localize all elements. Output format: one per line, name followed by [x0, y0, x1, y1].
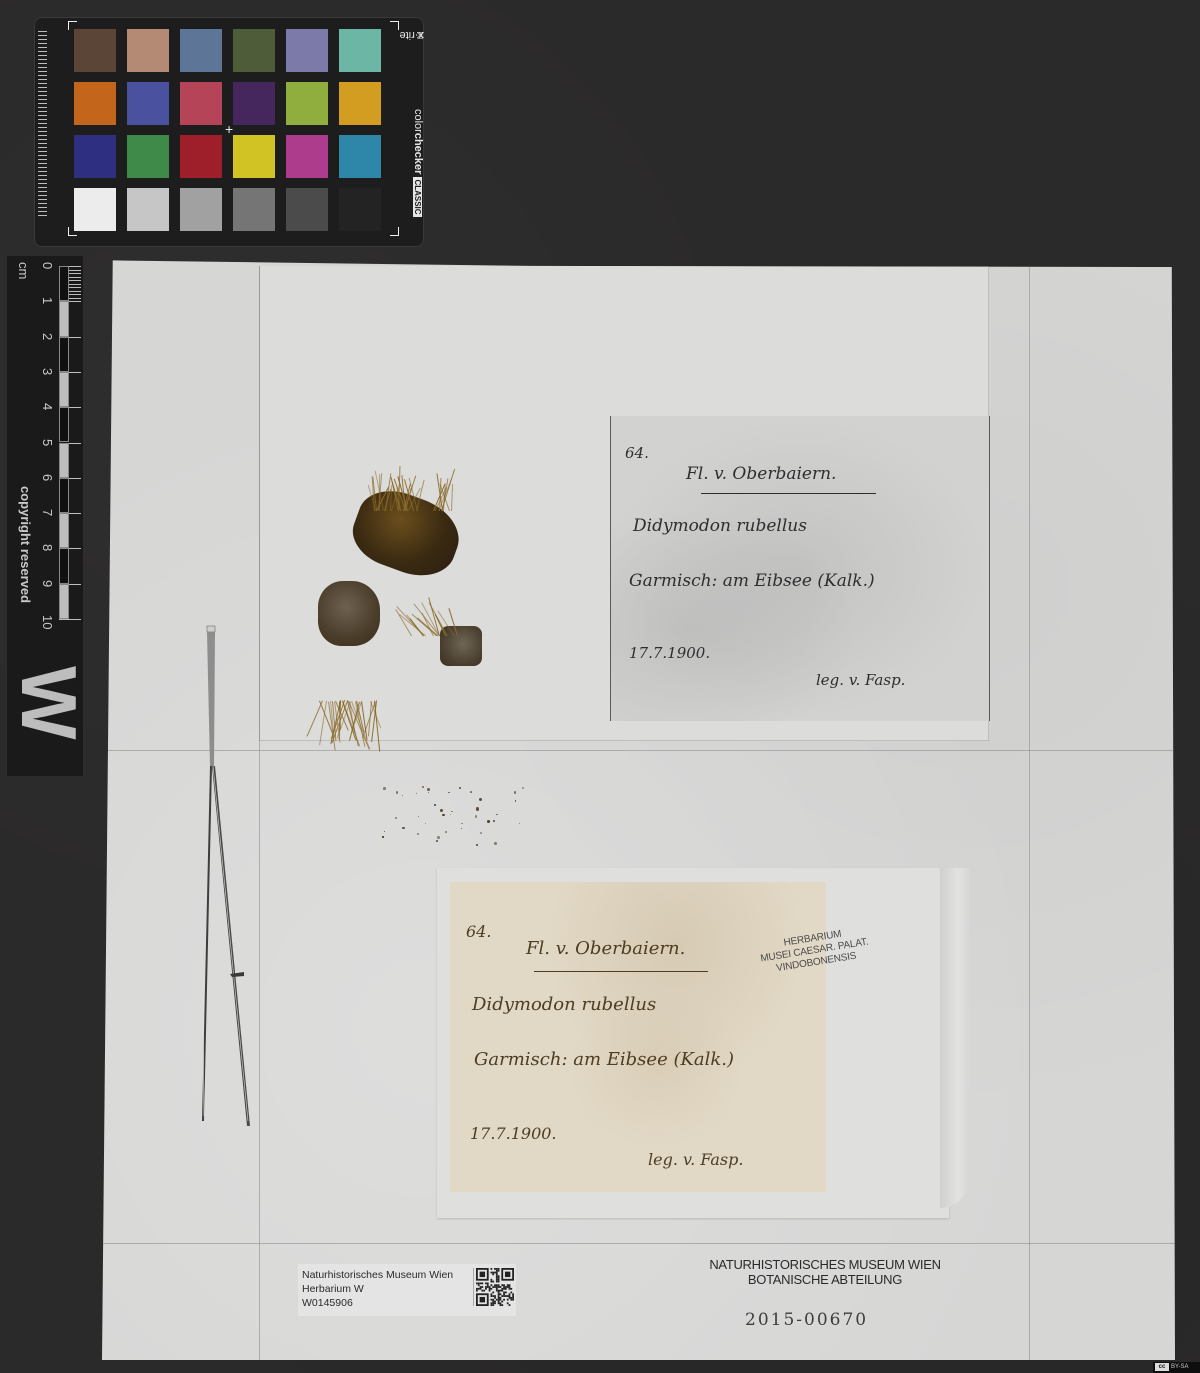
debris-speck — [418, 816, 419, 817]
scale-segment — [59, 301, 69, 336]
color-patch — [180, 135, 222, 178]
debris-speck — [493, 820, 494, 821]
scale-tick — [59, 619, 81, 620]
moss-specimen — [292, 456, 522, 716]
product-prefix: color — [412, 109, 424, 133]
scale-number: 9 — [40, 580, 55, 587]
debris-speck — [422, 786, 424, 788]
moss-clump — [318, 581, 380, 646]
color-patch — [180, 82, 222, 125]
original-label: 64. Fl. v. Oberbaiern. Didymodon rubellu… — [450, 882, 826, 1192]
color-patch — [233, 29, 275, 72]
crosshair-icon: + — [225, 122, 233, 136]
label-date: 17.7.1900. — [470, 1124, 557, 1143]
fold-line — [102, 1243, 1175, 1244]
color-patch — [74, 29, 116, 72]
scale-number: 2 — [40, 333, 55, 340]
color-patch — [127, 29, 169, 72]
debris-speck — [382, 836, 383, 837]
color-checker-card: + ⧖ x·rite colorcheckerCLASSIC — [34, 17, 424, 247]
mm-ruler — [38, 31, 52, 217]
color-patch — [74, 82, 116, 125]
color-patch — [127, 135, 169, 178]
color-patch — [286, 135, 328, 178]
scale-segment — [59, 513, 69, 548]
department-name: BOTANISCHE ABTEILUNG — [690, 1272, 960, 1287]
museum-stamp: NATURHISTORISCHES MUSEUM WIEN BOTANISCHE… — [690, 1257, 960, 1287]
corner-mark — [390, 227, 399, 236]
scale-number: 7 — [40, 509, 55, 516]
mm-tick — [69, 280, 81, 281]
label-collector: leg. v. Fasp. — [816, 671, 905, 689]
label-number: 64. — [625, 444, 649, 462]
scale-segment — [59, 443, 69, 478]
scale-unit: cm — [16, 262, 31, 279]
color-patch — [74, 135, 116, 178]
institution-name: Naturhistorisches Museum Wien — [302, 1268, 453, 1282]
label-title: Fl. v. Oberbaiern. — [526, 938, 685, 959]
mm-tick — [69, 277, 81, 278]
scale-segment — [59, 407, 69, 442]
title-underline — [534, 971, 708, 972]
scale-number: 5 — [40, 439, 55, 446]
label-locality: Garmisch: am Eibsee (Kalk.) — [629, 571, 875, 591]
debris-speck — [436, 840, 438, 842]
fold-line — [1029, 266, 1030, 1360]
barcode-number: W0145906 — [302, 1296, 453, 1310]
scale-segment — [59, 337, 69, 372]
accession-number: 2015-00670 — [745, 1310, 868, 1330]
debris-speck — [522, 787, 524, 789]
scale-number: 1 — [40, 297, 55, 304]
scale-number: 3 — [40, 368, 55, 375]
debris-speck — [445, 831, 446, 832]
debris-speck — [476, 844, 478, 846]
scale-segment — [59, 584, 69, 619]
license-badge: ccBY-SA — [1153, 1362, 1200, 1373]
color-patch — [127, 82, 169, 125]
moss-seta — [451, 484, 453, 511]
color-patch — [233, 82, 275, 125]
barcode-label: Naturhistorisches Museum Wien Herbarium … — [298, 1264, 516, 1316]
color-patch — [339, 29, 381, 72]
color-patch — [180, 29, 222, 72]
copyright-text: copyright reserved — [18, 486, 33, 603]
mm-tick — [69, 287, 81, 288]
color-patch — [286, 188, 328, 231]
scale-number: 4 — [40, 403, 55, 410]
mm-tick — [69, 273, 81, 274]
cm-scale-bar: cm copyright reserved W 012345678910 — [6, 255, 84, 777]
debris-speck — [442, 814, 445, 817]
debris-speck — [448, 792, 450, 794]
label-locality: Garmisch: am Eibsee (Kalk.) — [474, 1049, 734, 1070]
scale-segment — [59, 548, 69, 583]
debris-speck — [476, 807, 479, 810]
color-patch — [286, 29, 328, 72]
scale-segment — [59, 372, 69, 407]
label-species: Didymodon rubellus — [633, 516, 807, 536]
photocopy-label: 64. Fl. v. Oberbaiern. Didymodon rubellu… — [610, 416, 990, 721]
mm-tick — [69, 298, 81, 299]
qr-code-icon — [473, 1268, 514, 1306]
color-patch — [127, 188, 169, 231]
product-bold: checker — [412, 133, 424, 175]
debris-speck — [395, 817, 397, 819]
debris-speck — [479, 798, 482, 801]
museum-name: NATURHISTORISCHES MUSEUM WIEN — [690, 1257, 960, 1272]
scale-segment — [59, 266, 69, 301]
label-date: 17.7.1900. — [629, 644, 710, 662]
color-patch — [286, 82, 328, 125]
scale-number: 10 — [40, 615, 55, 629]
scale-segment — [59, 478, 69, 513]
envelope-flap — [940, 868, 970, 1208]
moss-clump — [440, 626, 482, 666]
fold-line — [102, 750, 1175, 751]
forceps-icon — [190, 616, 260, 1136]
title-underline — [701, 493, 876, 494]
label-species: Didymodon rubellus — [472, 994, 656, 1015]
color-patch — [74, 188, 116, 231]
herbarium-name: Herbarium W — [302, 1282, 453, 1296]
label-number: 64. — [466, 922, 491, 941]
color-patch — [233, 135, 275, 178]
scale-number: 6 — [40, 474, 55, 481]
debris-speck — [461, 823, 463, 825]
color-patch — [180, 188, 222, 231]
color-patch — [339, 135, 381, 178]
mm-tick — [69, 284, 81, 285]
product-name: colorcheckerCLASSIC — [412, 109, 424, 239]
label-collector: leg. v. Fasp. — [648, 1150, 743, 1169]
moss-seta — [379, 474, 380, 511]
debris-speck — [383, 787, 386, 790]
xrite-logo: ⧖ x·rite — [412, 29, 424, 69]
mm-tick — [69, 294, 81, 295]
mm-tick — [69, 270, 81, 271]
debris-speck — [475, 815, 477, 817]
color-patch — [233, 188, 275, 231]
license-text: BY-SA — [1171, 1364, 1188, 1370]
color-patch — [339, 82, 381, 125]
label-title: Fl. v. Oberbaiern. — [686, 464, 836, 484]
cc-icon: cc — [1155, 1363, 1169, 1371]
institution-logo: W — [19, 666, 79, 726]
scale-number: 8 — [40, 544, 55, 551]
edition-badge: CLASSIC — [413, 177, 422, 216]
brand-name: x·rite — [400, 29, 424, 41]
corner-mark — [390, 21, 399, 30]
mm-tick — [69, 291, 81, 292]
debris-speck — [427, 788, 430, 791]
scale-number: 0 — [40, 262, 55, 269]
color-patch — [339, 188, 381, 231]
